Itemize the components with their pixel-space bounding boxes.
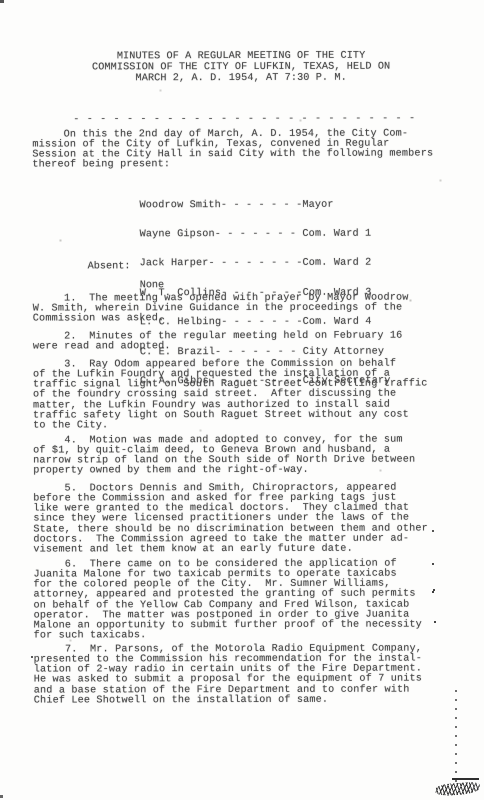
scan-artifact-corner-bottom-left (0, 795, 3, 798)
title-line-3: MARCH 2, A. D. 1954, AT 7:30 P. M. (0, 73, 483, 85)
document-title: MINUTES OF A REGULAR MEETING OF THE CITY… (0, 51, 483, 85)
roster-line-ward1: Wayne Gipson- - - - - - - Com. Ward 1 (140, 230, 391, 240)
absent-value: None (140, 280, 164, 291)
minutes-item-2: 2. Minutes of the regular meeting held o… (33, 332, 403, 353)
scan-artifact-left-speck (31, 656, 33, 658)
scan-artifact-bottom-line (452, 778, 479, 780)
minutes-item-1: 1. The meeting was opened with prayer by… (33, 294, 409, 325)
minutes-item-7: 7. Mr. Parsons, of the Motorola Radio Eq… (34, 645, 423, 707)
roster-line-mayor: Woodrow Smith- - - - - - -Mayor (139, 200, 390, 210)
roster-line-ward2: Jack Harper- - - - - - - -Com. Ward 2 (140, 259, 391, 269)
scan-artifact-corner-top-left (0, 0, 4, 3)
minutes-item-5: 5. Doctors Dennis and Smith, Chiropracto… (33, 484, 428, 556)
minutes-item-6: 6. There came on to be considered the ap… (33, 560, 422, 642)
scan-artifact-right-specks (432, 563, 434, 565)
intro-paragraph: On this the 2nd day of March, A. D. 1954… (32, 129, 433, 171)
minutes-item-4: 4. Motion was made and adopted to convey… (33, 436, 415, 478)
scan-artifact-dotted-line (455, 690, 457, 782)
document-content: MINUTES OF A REGULAR MEETING OF THE CITY… (0, 0, 484, 800)
scanned-document-page: MINUTES OF A REGULAR MEETING OF THE CITY… (0, 0, 484, 800)
minutes-item-3: 3. Ray Odom appeared before the Commissi… (33, 360, 428, 432)
dashed-separator: - - - - - - - - - - - - - - - - - - - - … (73, 114, 415, 126)
absent-label: Absent: (88, 261, 131, 272)
